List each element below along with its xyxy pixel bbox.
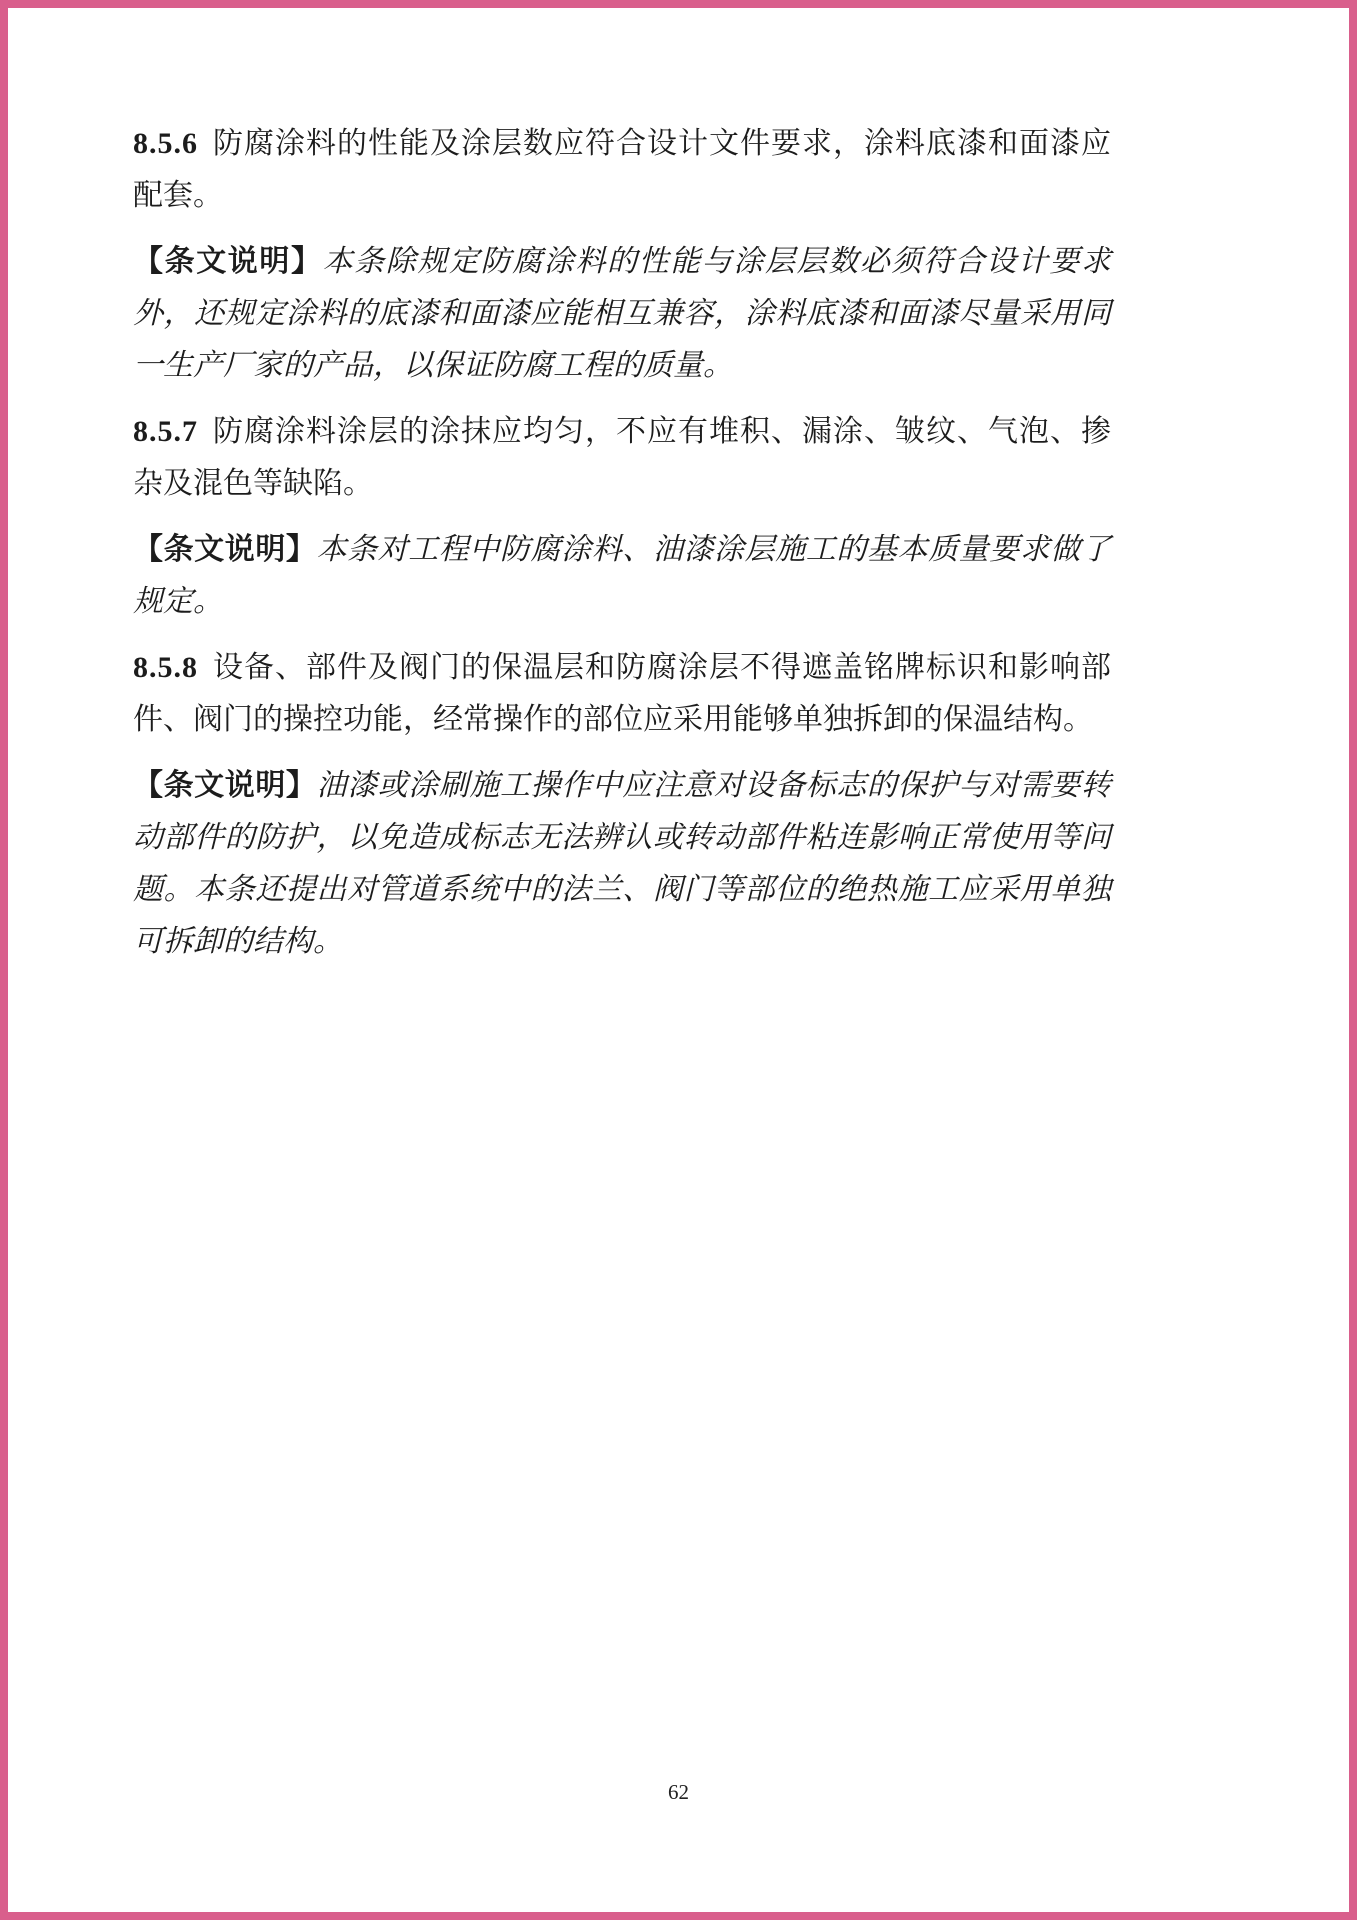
explanation-label: 【条文说明】 (133, 769, 316, 802)
document-content: 8.5.6防腐涂料的性能及涂层数应符合设计文件要求，涂料底漆和面漆应配套。 【条… (133, 8, 1111, 968)
provision-text: 设备、部件及阀门的保温层和防腐涂层不得遮盖铭牌标识和影响部件、阀门的操控功能，经… (133, 651, 1111, 736)
provision-text: 防腐涂料涂层的涂抹应均匀，不应有堆积、漏涂、皱纹、气泡、掺杂及混色等缺陷。 (133, 415, 1111, 500)
explanation-label: 【条文说明】 (133, 245, 323, 278)
provision-8-5-7: 8.5.7防腐涂料涂层的涂抹应均匀，不应有堆积、漏涂、皱纹、气泡、掺杂及混色等缺… (133, 406, 1111, 510)
provision-text: 防腐涂料的性能及涂层数应符合设计文件要求，涂料底漆和面漆应配套。 (133, 127, 1111, 212)
section-number: 8.5.6 (133, 127, 198, 160)
explanation-8-5-7: 【条文说明】本条对工程中防腐涂料、油漆涂层施工的基本质量要求做了规定。 (133, 524, 1111, 628)
page-number: 62 (8, 1780, 1349, 1805)
explanation-8-5-6: 【条文说明】本条除规定防腐涂料的性能与涂层层数必须符合设计要求外，还规定涂料的底… (133, 236, 1111, 392)
explanation-8-5-8: 【条文说明】油漆或涂刷施工操作中应注意对设备标志的保护与对需要转动部件的防护，以… (133, 760, 1111, 968)
section-number: 8.5.7 (133, 415, 198, 448)
provision-8-5-6: 8.5.6防腐涂料的性能及涂层数应符合设计文件要求，涂料底漆和面漆应配套。 (133, 118, 1111, 222)
provision-8-5-8: 8.5.8设备、部件及阀门的保温层和防腐涂层不得遮盖铭牌标识和影响部件、阀门的操… (133, 642, 1111, 746)
document-page: 8.5.6防腐涂料的性能及涂层数应符合设计文件要求，涂料底漆和面漆应配套。 【条… (8, 8, 1349, 1912)
section-number: 8.5.8 (133, 651, 198, 684)
explanation-label: 【条文说明】 (133, 533, 316, 566)
